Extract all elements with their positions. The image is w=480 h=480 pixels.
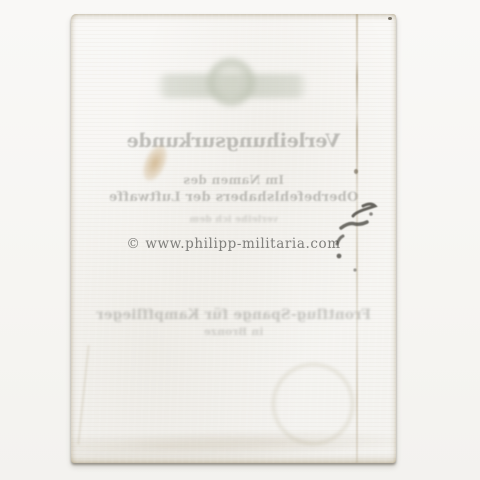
bleed-preamble-line1: Im Namen des <box>71 173 396 187</box>
photo-background: Verleihungsurkunde Im Namen des Oberbefe… <box>0 0 480 480</box>
bleed-award-name: Frontflug-Spange für Kampfflieger <box>71 307 396 323</box>
document-reverse-sheet: Verleihungsurkunde Im Namen des Oberbefe… <box>71 14 396 463</box>
winged-clasp-emblem-icon <box>155 56 309 118</box>
ink-smudge <box>333 200 379 276</box>
bleed-award-grade: in Bronze <box>71 326 396 338</box>
emblem-wreath-disc <box>207 58 255 106</box>
crease-dot <box>354 169 358 174</box>
bleed-title: Verleihungsurkunde <box>71 130 396 152</box>
bottom-paper-ripple <box>71 431 396 457</box>
paper-speck <box>388 17 392 20</box>
left-edge-crease <box>71 343 89 444</box>
